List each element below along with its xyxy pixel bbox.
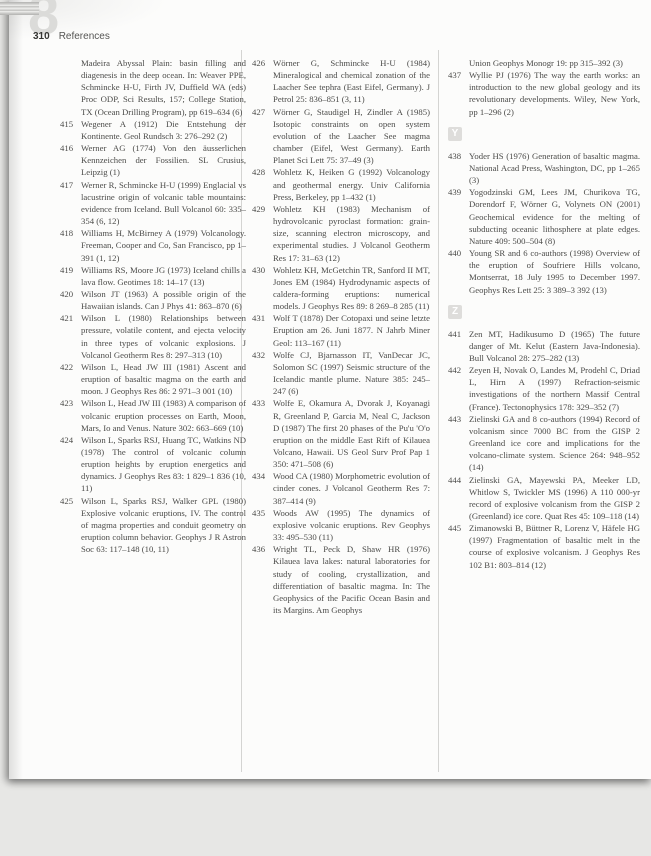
reference-number: 433 <box>252 397 273 409</box>
reference-number: 423 <box>60 397 81 409</box>
reference-entry-428: 428Wohletz K, Heiken G (1992) Volcanolog… <box>252 166 430 202</box>
reference-entry-421: 421Wilson L (1980) Relationships between… <box>60 312 246 361</box>
reference-number: 421 <box>60 312 81 324</box>
reference-number: 445 <box>448 522 469 534</box>
reference-entry-415: 415Wegener A (1912) Die Entstehung der K… <box>60 118 246 142</box>
reference-entry-433: 433Wolfe E, Okamura A, Dvorak J, Koyanag… <box>252 397 430 470</box>
reference-number: 432 <box>252 349 273 361</box>
reference-entry-423: 423Wilson L, Head JW III (1983) A compar… <box>60 397 246 433</box>
reference-entry-425: 425Wilson L, Sparks RSJ, Walker GPL (198… <box>60 495 246 556</box>
reference-number: 416 <box>60 142 81 154</box>
reference-number: 425 <box>60 495 81 507</box>
reference-number: 442 <box>448 364 469 376</box>
reference-number: 429 <box>252 203 273 215</box>
reference-entry-416: 416Werner AG (1774) Von den äusserlichen… <box>60 142 246 178</box>
reference-entry-438: 438Yoder HS (1976) Generation of basalti… <box>448 150 640 186</box>
reference-entry-445: 445Zimanowski B, Büttner R, Lorenz V, Hä… <box>448 522 640 571</box>
reference-number: 435 <box>252 507 273 519</box>
reference-number: 434 <box>252 470 273 482</box>
reference-entry-434: 434Wood CA (1980) Morphometric evolution… <box>252 470 430 506</box>
reference-entry-422: 422Wilson L, Head JW III (1981) Ascent a… <box>60 361 246 397</box>
scan-corner-tab-artifact <box>0 2 39 15</box>
reference-number: 417 <box>60 179 81 191</box>
reference-entry-420: 420Wilson JT (1963) A possible origin of… <box>60 288 246 312</box>
reference-entry-442: 442Zeyen H, Novak O, Landes M, Prodehl C… <box>448 364 640 413</box>
section-letter-z: Z <box>448 305 462 319</box>
reference-number: 437 <box>448 69 469 81</box>
reference-entry-429: 429Wohletz KH (1983) Mechanism of hydrov… <box>252 203 430 264</box>
reference-number: 438 <box>448 150 469 162</box>
reference-entry-431: 431Wolf T (1878) Der Cotopaxi und seine … <box>252 312 430 348</box>
reference-number: 439 <box>448 186 469 198</box>
column-divider-right <box>438 50 439 772</box>
section-title: References <box>59 31 110 42</box>
reference-entry-continuation: Union Geophys Monogr 19: pp 315–392 (3) <box>448 57 640 69</box>
book-page: 8 310References Madeira Abyssal Plain: b… <box>9 0 651 779</box>
reference-number: 431 <box>252 312 273 324</box>
reference-entry-419: 419Williams RS, Moore JG (1973) Iceland … <box>60 264 246 288</box>
references-column-1: Madeira Abyssal Plain: basin filling and… <box>60 57 246 555</box>
reference-number: 441 <box>448 328 469 340</box>
reference-entry-436: 436Wright TL, Peck D, Shaw HR (1976) Kil… <box>252 543 430 616</box>
reference-entry-430: 430Wohletz KH, McGetchin TR, Sanford II … <box>252 264 430 313</box>
reference-entry-441: 441Zen MT, Hadikusumo D (1965) The futur… <box>448 328 640 364</box>
reference-number: 427 <box>252 106 273 118</box>
reference-number: 415 <box>60 118 81 130</box>
reference-entry-437: 437Wyllie PJ (1976) The way the earth wo… <box>448 69 640 118</box>
reference-number: 444 <box>448 474 469 486</box>
reference-entry-444: 444Zielinski GA, Mayewski PA, Meeker LD,… <box>448 474 640 523</box>
reference-entry-418: 418Williams H, McBirney A (1979) Volcano… <box>60 227 246 263</box>
reference-entry-435: 435Woods AW (1995) The dynamics of explo… <box>252 507 430 543</box>
page-header: 310References <box>33 31 110 42</box>
reference-number: 424 <box>60 434 81 446</box>
reference-number: 440 <box>448 247 469 259</box>
reference-number: 428 <box>252 166 273 178</box>
reference-entry-continuation: Madeira Abyssal Plain: basin filling and… <box>60 57 246 118</box>
reference-entry-443: 443Zielinski GA and 8 co-authors (1994) … <box>448 413 640 474</box>
reference-number: 418 <box>60 227 81 239</box>
reference-number: 443 <box>448 413 469 425</box>
reference-entry-417: 417Werner R, Schmincke H-U (1999) Englac… <box>60 179 246 228</box>
reference-entry-424: 424Wilson L, Sparks RSJ, Huang TC, Watki… <box>60 434 246 495</box>
reference-number: 436 <box>252 543 273 555</box>
section-letter-y: Y <box>448 127 462 141</box>
reference-number: 420 <box>60 288 81 300</box>
page-gutter-shadow <box>9 0 23 779</box>
references-column-3: Union Geophys Monogr 19: pp 315–392 (3)4… <box>448 57 640 571</box>
references-column-2: 426Wörner G, Schmincke H-U (1984) Minera… <box>252 57 430 616</box>
reference-number: 419 <box>60 264 81 276</box>
reference-entry-440: 440Young SR and 6 co-authors (1998) Over… <box>448 247 640 296</box>
reference-number: 426 <box>252 57 273 69</box>
reference-entry-426: 426Wörner G, Schmincke H-U (1984) Minera… <box>252 57 430 106</box>
reference-number: 422 <box>60 361 81 373</box>
page-number: 310 <box>33 31 50 42</box>
reference-entry-427: 427Wörner G, Staudigel H, Zindler A (198… <box>252 106 430 167</box>
reference-number: 430 <box>252 264 273 276</box>
reference-entry-439: 439Yogodzinski GM, Lees JM, Churikova TG… <box>448 186 640 247</box>
reference-entry-432: 432Wolfe CJ, Bjarnasson IT, VanDecar JC,… <box>252 349 430 398</box>
